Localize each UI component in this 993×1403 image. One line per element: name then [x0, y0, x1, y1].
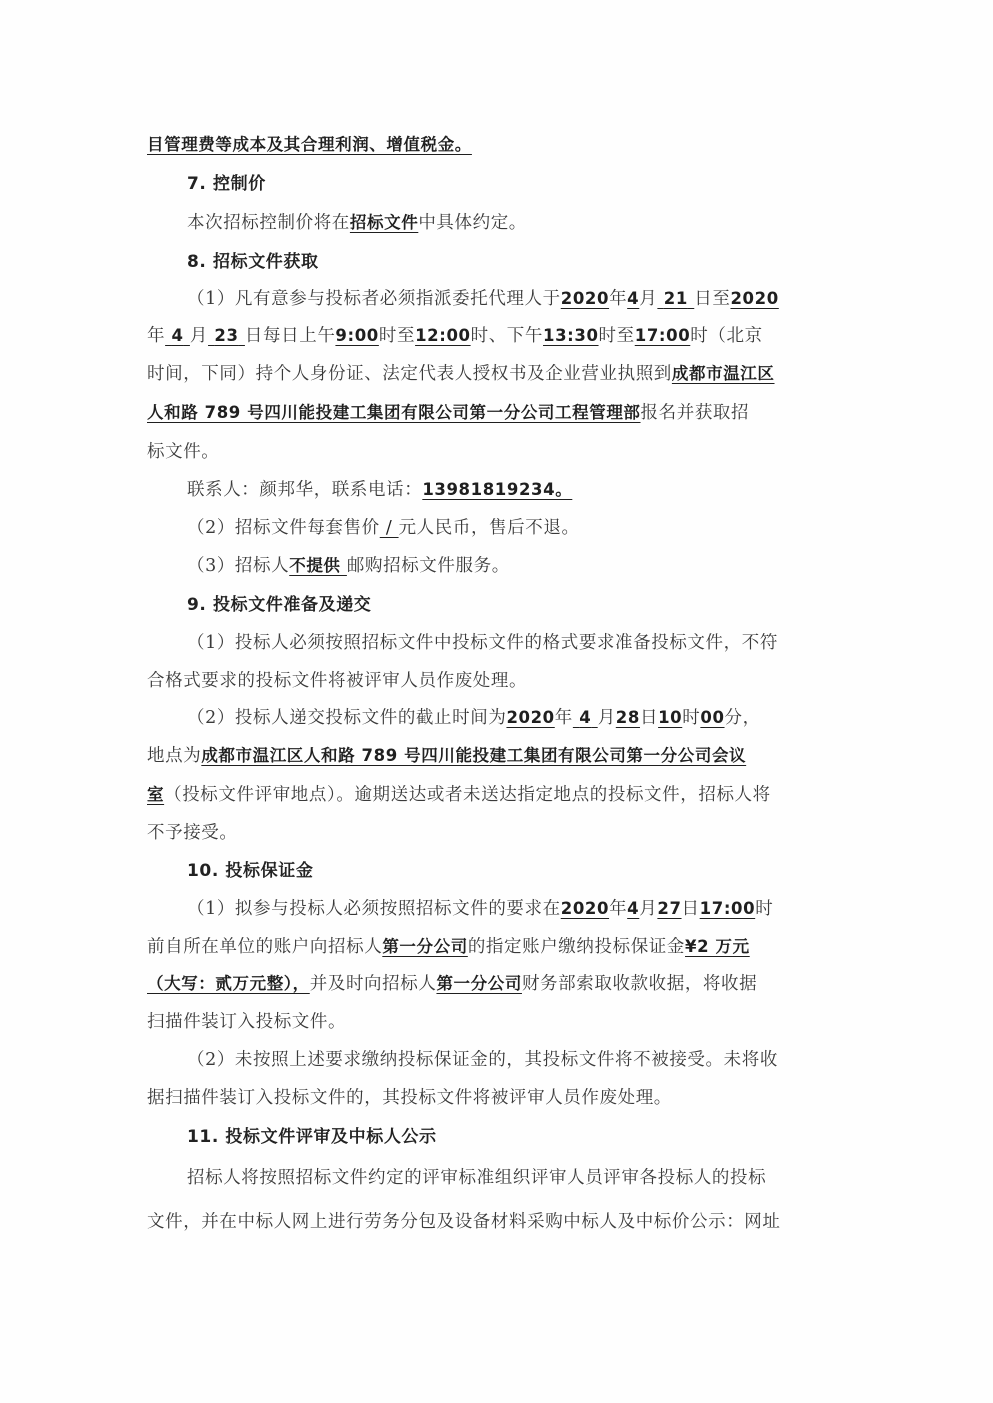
section-8-p1-line3: 时间，下同）持个人身份证、法定代表人授权书及企业营业执照到成都市温江区 — [147, 362, 847, 386]
section-8-p2: （2）招标文件每套售价 / 元人民币，售后不退。 — [187, 516, 887, 540]
section-11-line2: 文件，并在中标人网上进行劳务分包及设备材料采购中标人及中标价公示：网址 — [147, 1210, 847, 1234]
section-8-p1-line2: 年 4 月 23 日每日上午9:00时至12:00时、下午13:30时至17:0… — [147, 324, 847, 348]
section-9-p2-line1: （2）投标人递交投标文件的截止时间为2020年 4 月28日10时00分， — [187, 706, 887, 730]
section-7-heading: 7. 控制价 — [187, 172, 887, 196]
contact-line: 联系人：颜邦华，联系电话：13981819234。 — [187, 478, 887, 502]
section-8-p1-line5: 标文件。 — [147, 440, 847, 464]
section-8-p1-line4: 人和路 789 号四川能投建工集团有限公司第一分公司工程管理部报名并获取招 — [147, 401, 847, 425]
section-7-text: 本次招标控制价将在招标文件中具体约定。 — [187, 211, 887, 235]
section-11-line1: 招标人将按照招标文件约定的评审标准组织评审人员评审各投标人的投标 — [187, 1166, 887, 1190]
document-page: 目管理费等成本及其合理利润、增值税金。 7. 控制价 本次招标控制价将在招标文件… — [0, 0, 993, 1403]
section-9-heading: 9. 投标文件准备及递交 — [187, 593, 887, 617]
section-10-p1-line4: 扫描件装订入投标文件。 — [147, 1010, 847, 1034]
section-10-p1-line1: （1）拟参与投标人必须按照招标文件的要求在2020年4月27日17:00时 — [187, 897, 887, 921]
section-10-p1-line2: 前自所在单位的账户向招标人第一分公司的指定账户缴纳投标保证金¥2 万元 — [147, 935, 847, 959]
section-10-p2-line1: （2）未按照上述要求缴纳投标保证金的，其投标文件将不被接受。未将收 — [187, 1048, 887, 1072]
section-8-p1-line1: （1）凡有意参与投标者必须指派委托代理人于2020年4月 21 日至2020 — [187, 287, 887, 311]
section-9-p2-line2: 地点为成都市温江区人和路 789 号四川能投建工集团有限公司第一分公司会议 — [147, 744, 847, 768]
section-10-p2-line2: 据扫描件装订入投标文件的，其投标文件将被评审人员作废处理。 — [147, 1086, 847, 1110]
continued-line: 目管理费等成本及其合理利润、增值税金。 — [147, 133, 847, 157]
section-10-p1-line3: （大写：贰万元整），并及时向招标人第一分公司财务部索取收款收据，将收据 — [147, 972, 847, 996]
section-9-p1-line2: 合格式要求的投标文件将被评审人员作废处理。 — [147, 669, 847, 693]
section-8-p3: （3）招标人不提供 邮购招标文件服务。 — [187, 554, 887, 578]
section-8-heading: 8. 招标文件获取 — [187, 250, 887, 274]
section-11-heading: 11. 投标文件评审及中标人公示 — [187, 1125, 887, 1149]
section-9-p2-line3: 室（投标文件评审地点）。逾期送达或者未送达指定地点的投标文件，招标人将 — [147, 783, 847, 807]
section-10-heading: 10. 投标保证金 — [187, 859, 887, 883]
section-9-p2-line4: 不予接受。 — [147, 821, 847, 845]
section-9-p1-line1: （1）投标人必须按照招标文件中投标文件的格式要求准备投标文件，不符 — [187, 631, 887, 655]
